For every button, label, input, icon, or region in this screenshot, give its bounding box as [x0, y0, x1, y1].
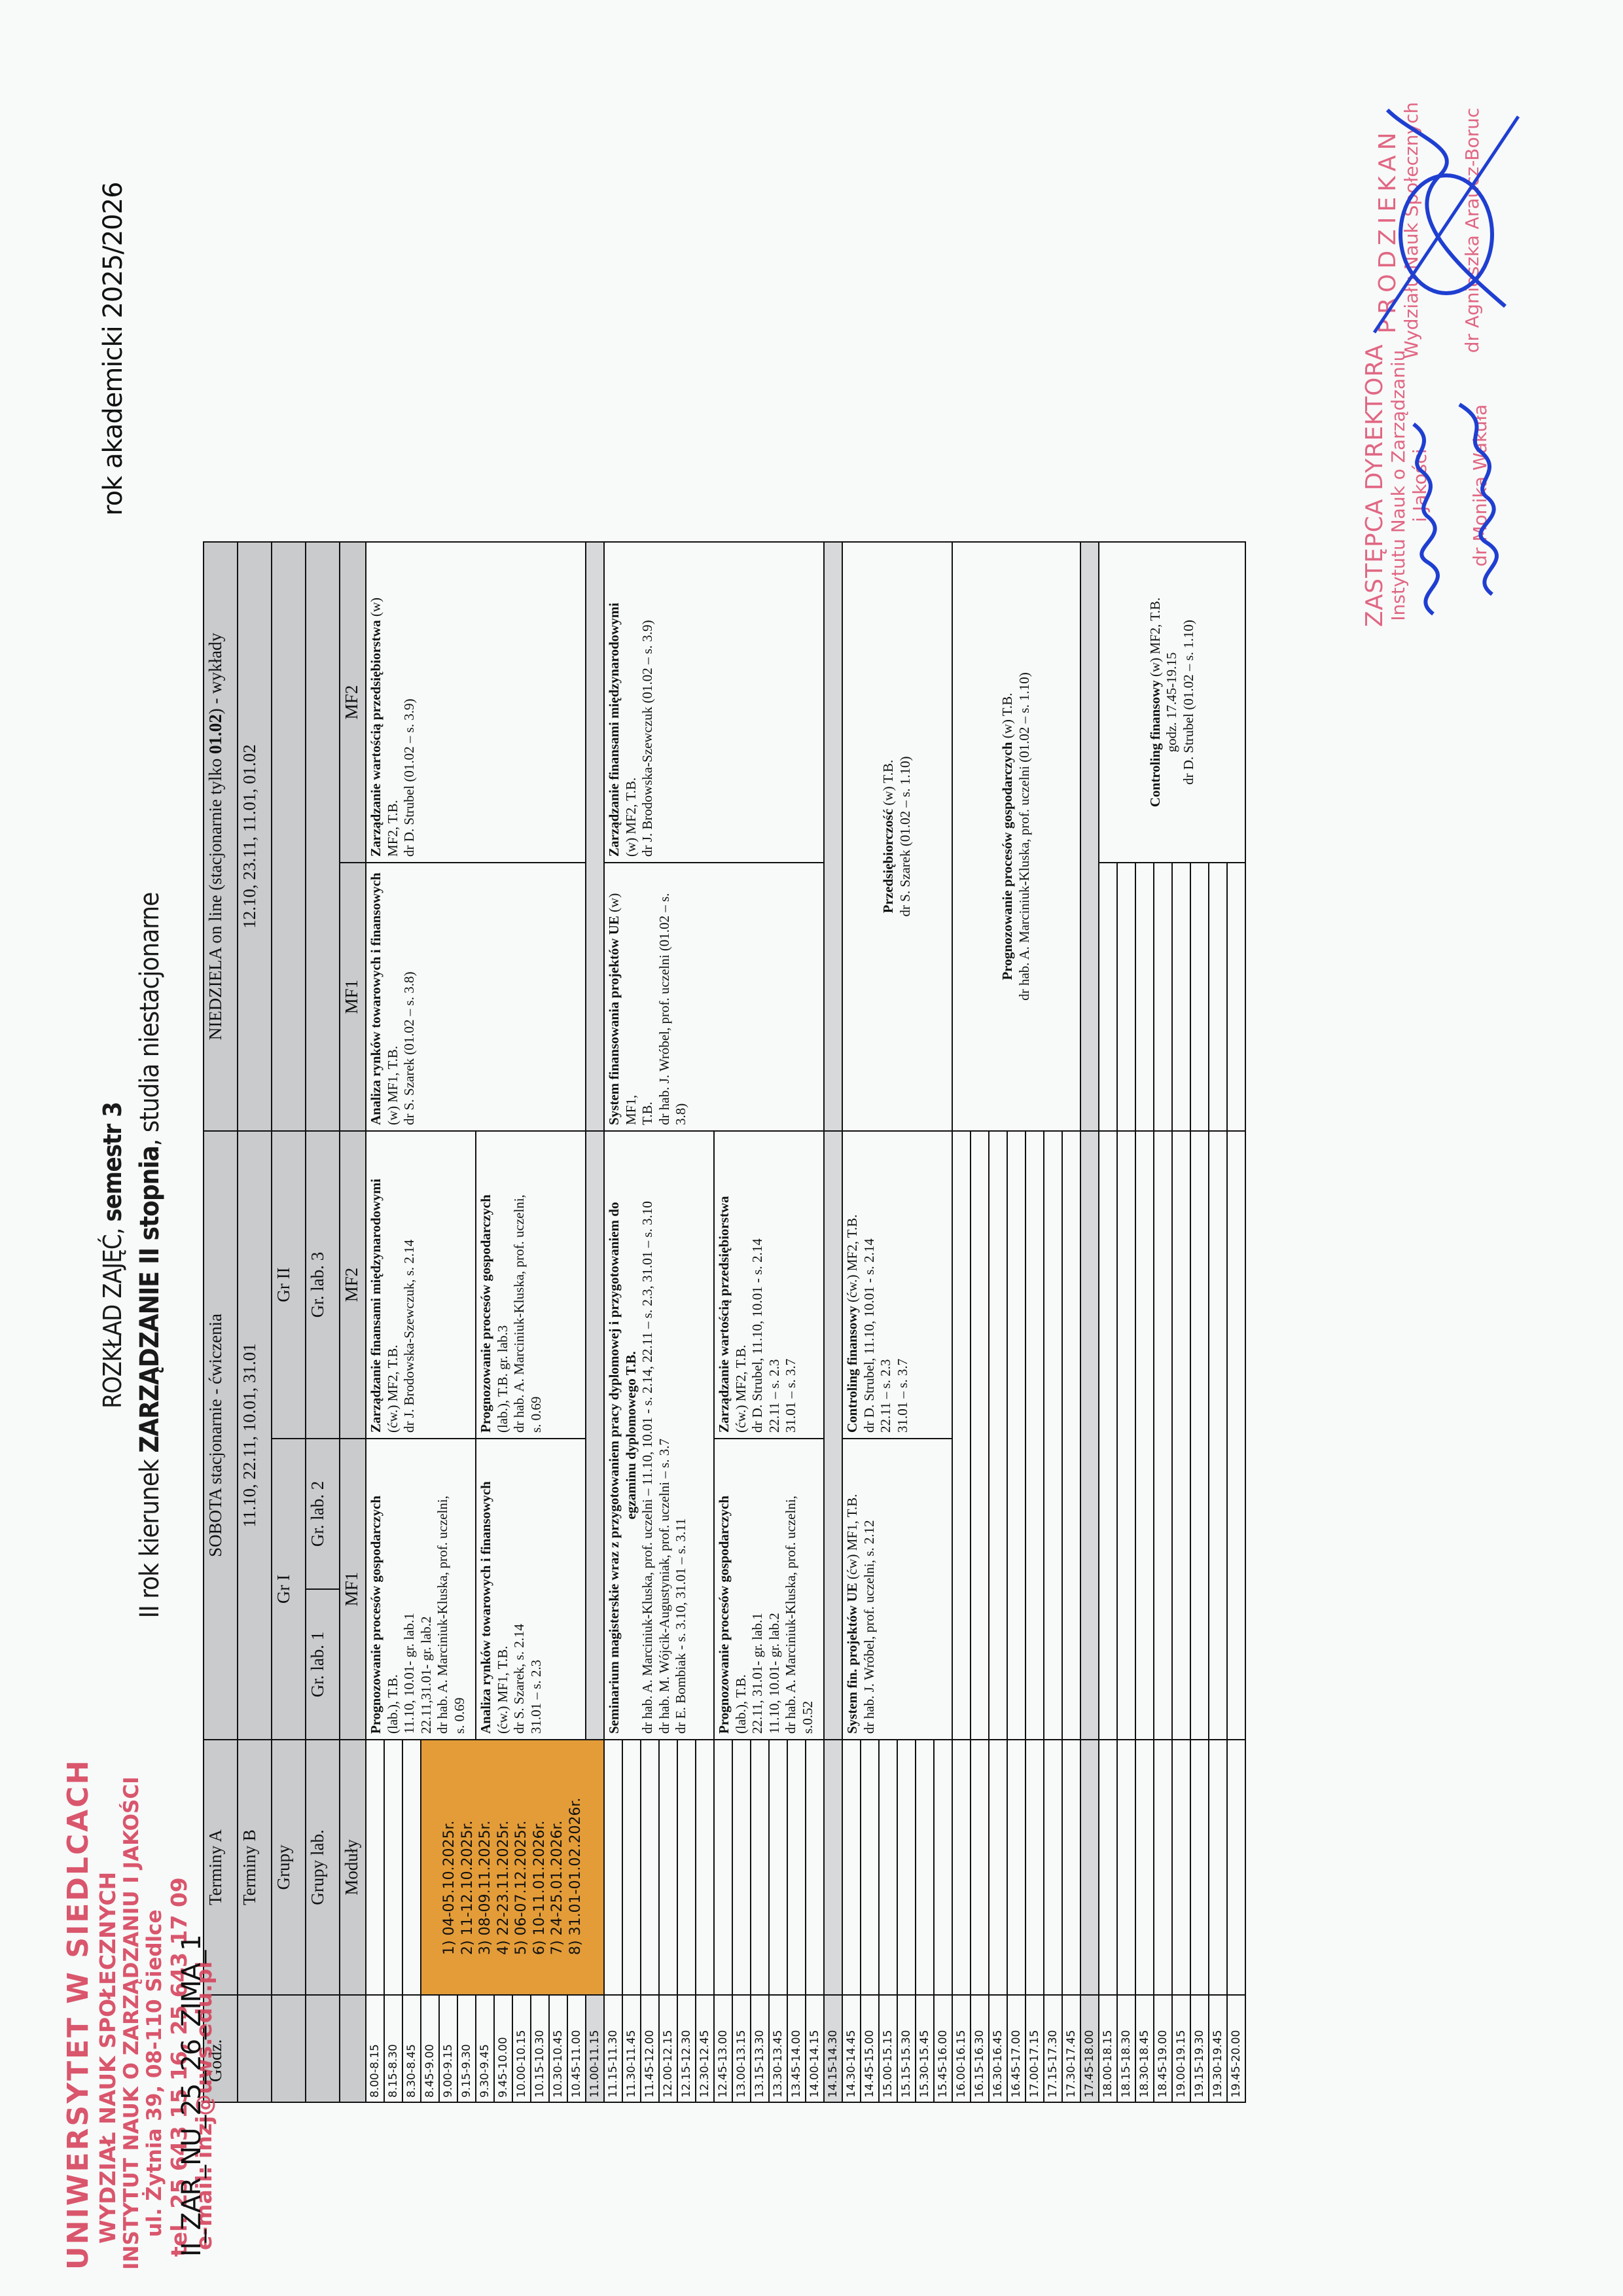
- class-detail: (ćw.) MF2, T.B.: [733, 1137, 750, 1433]
- empty-cell: [1172, 863, 1190, 1131]
- class-detail: (lab.), T.B.: [733, 1444, 750, 1734]
- empty-cell: [659, 1740, 677, 1995]
- empty-cell: [1209, 863, 1227, 1131]
- class-detail: (lab.), T.B.: [385, 1444, 402, 1734]
- class-title: Controling finansowy: [1147, 680, 1163, 807]
- time-slot: 14.15-14.30: [824, 1995, 842, 2102]
- time-row: 18.00-18.15Controling finansowy (w) MF2,…: [1099, 542, 1117, 2102]
- class-detail: dr hab. A. Marciniuk-Kluska, prof. uczel…: [511, 1137, 528, 1433]
- sunday-title: NIEDZIELA on line (stacjonarnie tylko 01…: [204, 542, 238, 1131]
- lab-group-2: Gr. lab. 2: [306, 1439, 340, 1589]
- time-slot: 19.15-19.30: [1190, 1995, 1209, 2102]
- lab-groups-label: Grupy lab.: [306, 1740, 340, 1995]
- class-detail: s. 0.69: [452, 1444, 469, 1734]
- terms-list: 1) 04-05.10.2025r.2) 11-12.10.2025r.3) 0…: [421, 1740, 604, 1995]
- empty-cell: [861, 1740, 879, 1995]
- time-slot: 10.00-10.15: [512, 1995, 531, 2102]
- class-detail: T.B.: [639, 869, 656, 1125]
- empty-cell: [879, 1740, 897, 1995]
- class-title: Prognozowanie procesów gospodarczych: [716, 1496, 732, 1734]
- class-detail: 31.01 – s. 2.3: [528, 1444, 545, 1734]
- empty-cell: [1172, 1131, 1190, 1740]
- class-detail: dr hab. J. Wróbel, prof. uczelni, s. 2.1…: [861, 1444, 878, 1734]
- empty-cell: [586, 1131, 604, 1740]
- class-detail: dr D. Strubel, 11.10, 10.01 - s. 2.14: [749, 1137, 766, 1433]
- time-slot: 17.00-17.15: [1026, 1995, 1044, 2102]
- saturday-module-mf1: MF1: [340, 1439, 366, 1740]
- time-slot: 15.00-15.15: [879, 1995, 897, 2102]
- time-slot: 13.00-13.15: [732, 1995, 751, 2102]
- time-slot: 10.15-10.30: [531, 1995, 549, 2102]
- class-detail: 11.10, 10.01- gr. lab.2: [766, 1444, 783, 1734]
- class-title: System fin. projektów UE: [844, 1583, 860, 1734]
- lab-group-1: Gr. lab. 1: [306, 1589, 340, 1740]
- time-slot: 18.30-18.45: [1135, 1995, 1154, 2102]
- time-slot: 13.30-13.45: [769, 1995, 787, 2102]
- time-row: 17.45-18.00: [1080, 542, 1099, 2102]
- title-text: ROZKŁAD ZAJĘĆ,: [98, 1222, 127, 1408]
- class-detail: dr S. Szarek, s. 2.14: [511, 1444, 528, 1734]
- time-slot: 9.15-9.30: [457, 1995, 476, 2102]
- class-detail: dr J. Brodowska-Szewczuk (01.02 – s. 3.9…: [639, 548, 656, 857]
- time-slot: 18.45-19.00: [1154, 1995, 1172, 2102]
- empty-cell: [1117, 1740, 1135, 1995]
- empty-cell: [714, 1740, 732, 1995]
- class-detail: dr hab. J. Wróbel, prof. uczelni (01.02 …: [656, 869, 690, 1125]
- class-title: Analiza rynków towarowych i finansowych: [368, 872, 383, 1125]
- time-slot: 14.00-14.15: [806, 1995, 824, 2102]
- time-slot: 10.30-10.45: [549, 1995, 567, 2102]
- time-row: 8.00-8.15Prognozowanie procesów gospodar…: [366, 542, 384, 2102]
- stamp-line: INSTYTUT NAUK O ZARZĄDZANIU I JAKOŚCI: [120, 1759, 144, 2270]
- time-slot: 11.00-11.15: [586, 1995, 604, 2102]
- empty-cell: [1099, 1740, 1117, 1995]
- class-type: (w) T.B.: [999, 692, 1015, 742]
- time-slot: 16.15-16.30: [971, 1995, 989, 2102]
- class-type: (w): [368, 598, 383, 620]
- modules-label: Moduły: [340, 1740, 366, 1995]
- empty-cell: [402, 1740, 421, 1995]
- empty-cell: [1209, 1131, 1227, 1740]
- term-item: 8) 31.01-01.02.2026r.: [567, 1746, 585, 1955]
- class-detail: dr hab. A. Marciniuk-Kluska, prof. uczel…: [435, 1444, 452, 1734]
- title-text: II rok kierunek: [135, 1453, 165, 1619]
- signature-icon: [1394, 372, 1525, 620]
- term-item: 1) 04-05.10.2025r.: [440, 1746, 459, 1955]
- class-title: egzaminu dyplomowego T.B.: [623, 1137, 640, 1734]
- time-slot: 18.15-18.30: [1117, 1995, 1135, 2102]
- time-slot: 15.45-16.00: [934, 1995, 952, 2102]
- empty-cell: [1227, 863, 1245, 1131]
- stamp-line: UNIWERSYTET W SIEDLCACH: [62, 1759, 96, 2270]
- empty-cell: [952, 1740, 971, 1995]
- time-slot: 12.30-12.45: [696, 1995, 714, 2102]
- empty-cell: [971, 1131, 989, 1740]
- empty-cell: [787, 1740, 806, 1995]
- class-detail: dr J. Brodowska-Szewczuk, s. 2.14: [401, 1137, 418, 1433]
- class-title: Controling finansowy: [844, 1306, 860, 1433]
- time-slot: 13.15-13.30: [751, 1995, 769, 2102]
- empty-cell: [1135, 1740, 1154, 1995]
- class-type: (ćw.) MF2, T.B.: [844, 1214, 860, 1306]
- time-slot: 19.30-19.45: [1209, 1995, 1227, 2102]
- empty-cell: [1117, 1131, 1135, 1740]
- class-detail: 22.11 – s. 2.3: [878, 1137, 895, 1433]
- empty-cell: [1026, 1131, 1044, 1740]
- empty-cell: [1099, 863, 1117, 1131]
- empty-cell: [769, 1740, 787, 1995]
- time-slot: 8.30-8.45: [402, 1995, 421, 2102]
- class-detail: dr D. Strubel (01.02 – s. 1.10): [1181, 548, 1198, 857]
- time-slot: 8.45-9.00: [421, 1995, 439, 2102]
- empty-cell: [1080, 542, 1099, 1131]
- class-detail: 22.11, 31.01- gr. lab.1: [749, 1444, 766, 1734]
- empty-cell: [916, 1740, 934, 1995]
- class-detail: dr hab. M. Wójcik-Augustyniak, prof. ucz…: [656, 1137, 673, 1734]
- empty-cell: [1190, 1740, 1209, 1995]
- class-detail: 31.01 – s. 3.7: [895, 1137, 912, 1433]
- stamp-line: ZASTĘPCA DYREKTORA: [1361, 344, 1388, 627]
- time-slot: 14.30-14.45: [842, 1995, 861, 2102]
- empty-cell: [1117, 863, 1135, 1131]
- empty-cell: [586, 542, 604, 1131]
- time-slot: 9.30-9.45: [476, 1995, 494, 2102]
- empty-cell: [897, 1740, 916, 1995]
- empty-cell: [732, 1740, 751, 1995]
- stamp-line: ul. Żytnia 39, 08-110 Siedlce: [143, 1759, 167, 2270]
- empty-cell: [1099, 1131, 1117, 1740]
- term-item: 7) 24-25.01.2026r.: [548, 1746, 567, 1955]
- class-detail: dr S. Szarek (01.02 – s. 1.10): [897, 548, 914, 1125]
- class-detail: dr hab. A. Marciniuk-Kluska, prof. uczel…: [1016, 548, 1033, 1125]
- class-detail: 22.11,31.01- gr. lab.2: [418, 1444, 435, 1734]
- class-detail: godz. 17.45-19.15: [1164, 548, 1181, 857]
- sunday-module-mf1: MF1: [340, 863, 366, 1131]
- time-slot: 13.45-14.00: [787, 1995, 806, 2102]
- time-slot: 10.45-11.00: [567, 1995, 586, 2102]
- empty-cell: [604, 1740, 622, 1995]
- empty-cell: [824, 542, 842, 1131]
- sunday-title-text: NIEDZIELA on line (stacjonarnie tylko: [205, 754, 225, 1040]
- time-slot: 17.30-17.45: [1062, 1995, 1080, 2102]
- empty-cell: [1135, 863, 1154, 1131]
- group-2: Gr II: [272, 1131, 306, 1439]
- empty-cell: [1007, 1740, 1026, 1995]
- empty-cell: [1135, 1131, 1154, 1740]
- empty-cell: [1007, 1131, 1026, 1740]
- empty-cell: [1080, 1740, 1099, 1995]
- empty-cell: [824, 1740, 842, 1995]
- empty-cell: [989, 1131, 1007, 1740]
- empty-cell: [1190, 1131, 1209, 1740]
- term-item: 3) 08-09.11.2025r.: [476, 1746, 495, 1955]
- study-mode: , studia niestacjonarne: [135, 893, 165, 1146]
- saturday-dates: 11.10, 22.11, 10.01, 31.01: [238, 1131, 272, 1740]
- class-title: System finansowania projektów UE: [606, 916, 622, 1125]
- sunday-dates: 12.10, 23.11, 11.01, 01.02: [238, 542, 272, 1131]
- class-title: Analiza rynków towarowych i finansowych: [478, 1481, 493, 1734]
- saturday-title: SOBOTA stacjonarnie - ćwiczenia: [204, 1131, 238, 1740]
- class-detail: (ćw.) MF2, T.B.: [385, 1137, 402, 1433]
- sunday-module-mf2: MF2: [340, 542, 366, 863]
- saturday-module-mf2: MF2: [340, 1131, 366, 1439]
- time-slot: 11.15-11.30: [604, 1995, 622, 2102]
- class-type: (ćw) MF1, T.B.: [844, 1494, 860, 1583]
- program-name: ZARZĄDZANIE II stopnia: [135, 1146, 165, 1453]
- time-row: 14.15-14.30: [824, 542, 842, 2102]
- term-item: 5) 06-07.12.2025r.: [512, 1746, 531, 1955]
- time-slot: 8.00-8.15: [366, 1995, 384, 2102]
- empty-cell: [622, 1740, 641, 1995]
- class-detail: dr E. Bombiak - s. 3.10, 31.01 – s. 3.11: [673, 1137, 690, 1734]
- time-slot: 9.00-9.15: [439, 1995, 457, 2102]
- empty-cell: [1227, 1131, 1245, 1740]
- empty-cell: [952, 1131, 971, 1740]
- class-title: Prognozowanie procesów gospodarczych: [999, 742, 1015, 980]
- time-slot: 14.45-15.00: [861, 1995, 879, 2102]
- time-slot: 15.15-15.30: [897, 1995, 916, 2102]
- class-detail: 31.01 – s. 3.7: [783, 1137, 800, 1433]
- empty-cell: [384, 1740, 402, 1995]
- empty-cell: [1154, 1740, 1172, 1995]
- empty-cell: [696, 1740, 714, 1995]
- empty-cell: [934, 1740, 952, 1995]
- group-1: Gr I: [272, 1439, 306, 1740]
- empty-cell: [366, 1740, 384, 1995]
- class-title: Zarządzanie finansami międzynarodowymi: [606, 603, 622, 857]
- class-title: Przedsiębiorczość: [880, 809, 896, 913]
- time-slot: 19.45-20.00: [1227, 1995, 1245, 2102]
- empty-cell: [806, 1740, 824, 1995]
- time-slot: 16.00-16.15: [952, 1995, 971, 2102]
- schedule-table: Godz. Terminy A SOBOTA stacjonarnie - ćw…: [203, 541, 1246, 2103]
- empty-cell: [1227, 1740, 1245, 1995]
- class-detail: s. 0.69: [528, 1137, 545, 1433]
- time-slot: 9.45-10.00: [494, 1995, 512, 2102]
- time-slot: 12.15-12.30: [677, 1995, 696, 2102]
- empty-cell: [677, 1740, 696, 1995]
- class-type: (w) MF2, T.B.: [1147, 598, 1163, 680]
- class-detail: dr D. Strubel, 11.10, 10.01 - s. 2.14: [861, 1137, 878, 1433]
- time-slot: 12.00-12.15: [659, 1995, 677, 2102]
- empty-cell: [1044, 1740, 1062, 1995]
- sunday-title-text: ) - wykłady: [205, 633, 225, 714]
- class-detail: 22.11 – s. 2.3: [766, 1137, 783, 1433]
- term-item: 2) 11-12.10.2025r.: [459, 1746, 477, 1955]
- time-slot: 17.15-17.30: [1044, 1995, 1062, 2102]
- empty-cell: [1154, 863, 1172, 1131]
- empty-cell: [1080, 1131, 1099, 1740]
- empty-cell: [1209, 1740, 1227, 1995]
- empty-cell: [1154, 1131, 1172, 1740]
- class-title: Zarządzanie finansami międzynarodowymi: [368, 1179, 383, 1433]
- class-detail: dr hab. A. Marciniuk-Kluska, prof. uczel…: [639, 1137, 656, 1734]
- class-title: Seminarium magisterskie wraz z przygotow…: [606, 1137, 623, 1734]
- class-detail: (w) MF2, T.B.: [623, 548, 640, 857]
- empty-cell: [1172, 1740, 1190, 1995]
- class-detail: (lab.), T.B. gr. lab.3: [495, 1137, 512, 1433]
- sunday-onsite-date: 01.02: [205, 714, 225, 754]
- class-title: Zarządzanie wartością przedsiębiorstwa: [716, 1196, 732, 1433]
- empty-cell: [1062, 1131, 1080, 1740]
- class-detail: s.0.52: [800, 1444, 817, 1734]
- time-slot: 8.15-8.30: [384, 1995, 402, 2102]
- document-id: II_ZAR_NU_25_26_ZIMA_1: [177, 1935, 207, 2257]
- lab-group-3: Gr. lab. 3: [306, 1131, 340, 1439]
- signature-icon: [1361, 97, 1531, 346]
- time-slot: 12.45-13.00: [714, 1995, 732, 2102]
- time-slot: 18.00-18.15: [1099, 1995, 1117, 2102]
- academic-year: rok akademicki 2025/2026: [98, 182, 128, 516]
- class-type: (w) T.B.: [880, 760, 896, 809]
- groups-label: Grupy: [272, 1740, 306, 1995]
- empty-cell: [971, 1740, 989, 1995]
- term-item: 6) 10-11.01.2026r.: [531, 1746, 549, 1955]
- class-detail: (ćw.) MF1, T.B.: [495, 1444, 512, 1734]
- time-slot: 16.45-17.00: [1007, 1995, 1026, 2102]
- terms-b-label: Terminy B: [238, 1740, 272, 1995]
- class-detail: MF2, T.B.: [385, 548, 402, 857]
- time-row: 11.15-11.30Seminarium magisterskie wraz …: [604, 542, 622, 2102]
- time-slot: 11.30-11.45: [622, 1995, 641, 2102]
- class-detail: dr hab. A. Marciniuk-Kluska, prof. uczel…: [783, 1444, 800, 1734]
- class-detail: dr S. Szarek (01.02 – s. 3.8): [401, 869, 418, 1125]
- class-detail: 11.10, 10.01- gr. lab.1: [401, 1444, 418, 1734]
- empty-cell: [1062, 1740, 1080, 1995]
- empty-cell: [1026, 1740, 1044, 1995]
- class-title: Prognozowanie procesów gospodarczych: [368, 1496, 383, 1734]
- class-detail: dr D. Strubel (01.02 – s. 3.9): [401, 548, 418, 857]
- empty-cell: [842, 1740, 861, 1995]
- empty-cell: [751, 1740, 769, 1995]
- time-row: 16.00-16.15Prognozowanie procesów gospod…: [952, 542, 971, 2102]
- empty-cell: [1190, 863, 1209, 1131]
- time-slot: 11.45-12.00: [641, 1995, 659, 2102]
- empty-cell: [824, 1131, 842, 1740]
- schedule-sheet: UNIWERSYTET W SIEDLCACH WYDZIAŁ NAUK SPO…: [0, 0, 1623, 2296]
- time-slot: 15.30-15.45: [916, 1995, 934, 2102]
- class-title: Prognozowanie procesów gospodarczych: [478, 1194, 493, 1433]
- empty-cell: [1044, 1131, 1062, 1740]
- empty-cell: [641, 1740, 659, 1995]
- time-slot: 16.30-16.45: [989, 1995, 1007, 2102]
- time-slot: 19.00-19.15: [1172, 1995, 1190, 2102]
- stamp-line: WYDZIAŁ NAUK SPOŁECZNYCH: [96, 1759, 120, 2270]
- empty-cell: [989, 1740, 1007, 1995]
- time-row: 14.30-14.45System fin. projektów UE (ćw)…: [842, 542, 861, 2102]
- class-detail: (w) MF1, T.B.: [385, 869, 402, 1125]
- time-slot: 17.45-18.00: [1080, 1995, 1099, 2102]
- semester-label: semestr 3: [98, 1102, 127, 1222]
- class-title: Zarządzanie wartością przedsiębiorstwa: [368, 620, 383, 857]
- schedule-body: Godz. Terminy A SOBOTA stacjonarnie - ćw…: [204, 542, 1245, 2102]
- term-item: 4) 22-23.11.2025r.: [495, 1746, 513, 1955]
